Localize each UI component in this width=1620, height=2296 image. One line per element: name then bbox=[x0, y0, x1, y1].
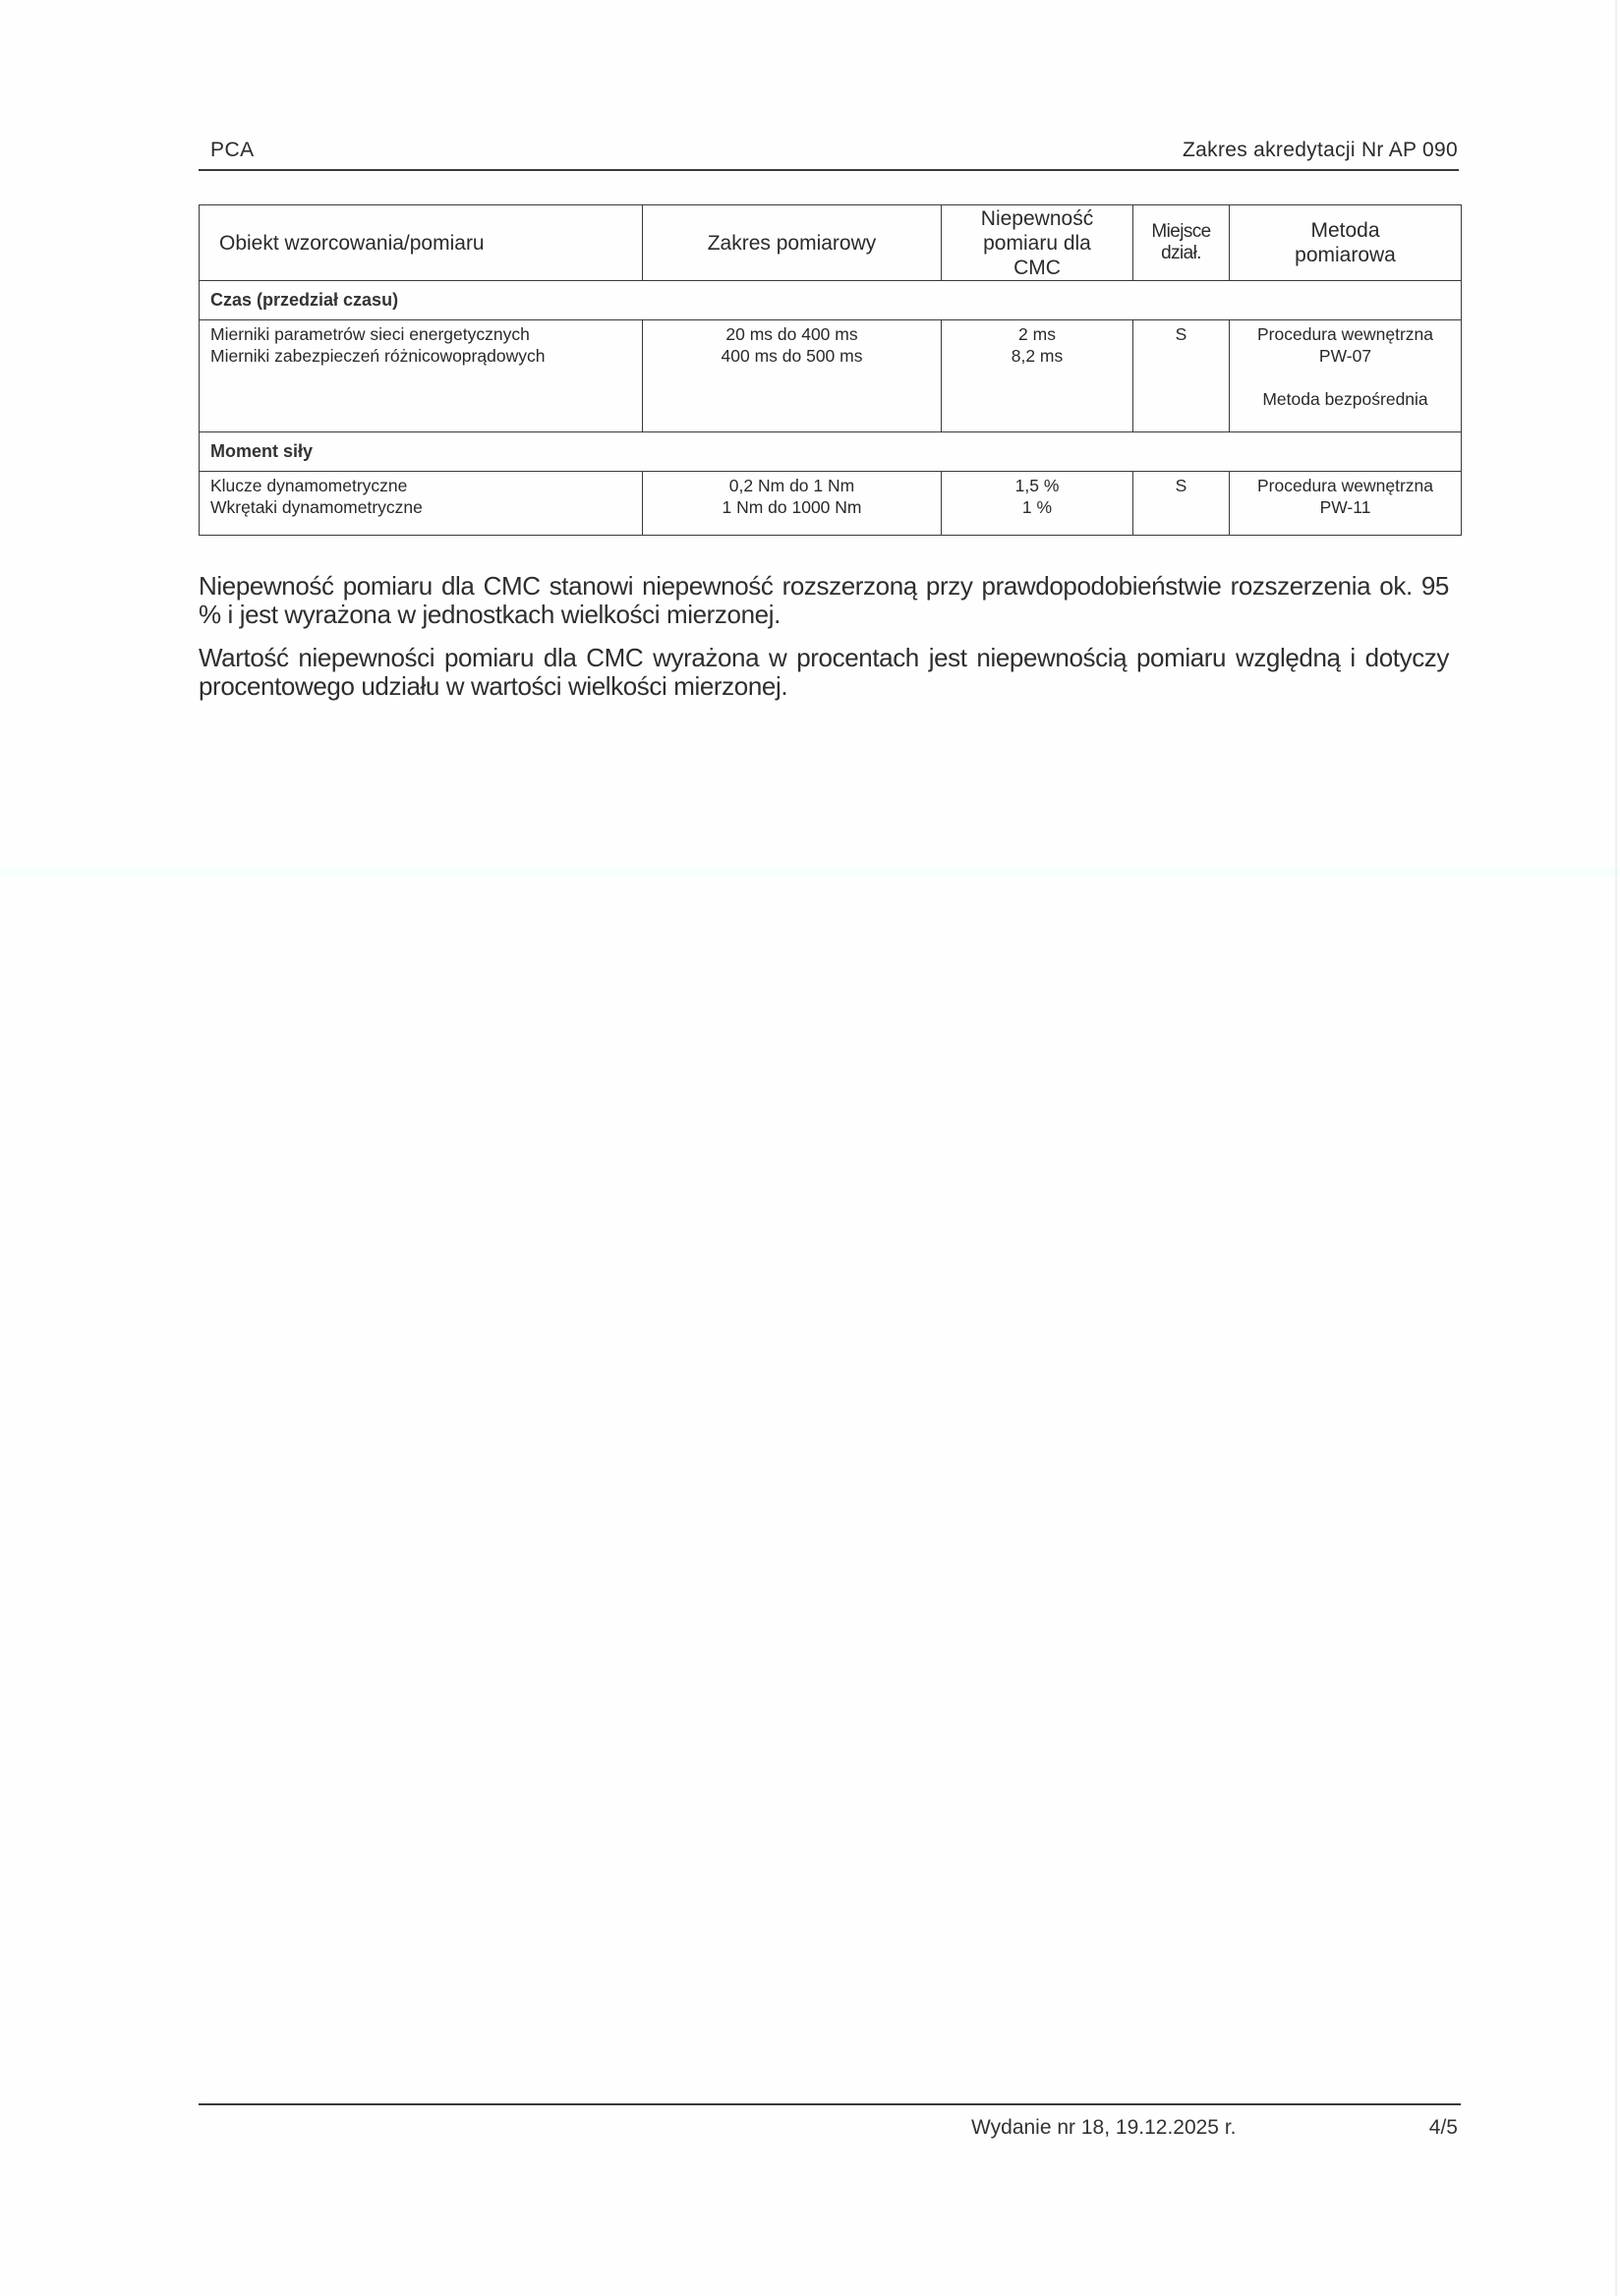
cell-range: 0,2 Nm do 1 Nm 1 Nm do 1000 Nm bbox=[643, 472, 942, 536]
section-row-torque: Moment siły bbox=[200, 432, 1462, 472]
note-relative-uncertainty: Wartość niepewności pomiaru dla CMC wyra… bbox=[199, 644, 1449, 701]
uncertainty-value: 1 % bbox=[942, 496, 1132, 518]
header-scope-title: Zakres akredytacji Nr AP 090 bbox=[1183, 139, 1458, 162]
method-spacer bbox=[1230, 367, 1461, 388]
cell-method: Procedura wewnętrzna PW-11 bbox=[1230, 472, 1462, 536]
col-header-location-line: dział. bbox=[1133, 243, 1229, 264]
table-row: Mierniki parametrów sieci energetycznych… bbox=[200, 320, 1462, 432]
accreditation-scope-table: Obiekt wzorcowania/pomiaru Zakres pomiar… bbox=[199, 204, 1462, 536]
range-value: 1 Nm do 1000 Nm bbox=[643, 496, 941, 518]
cell-object: Klucze dynamometryczne Wkrętaki dynamome… bbox=[200, 472, 643, 536]
scan-artifact-band bbox=[0, 863, 1620, 881]
cell-uncertainty: 1,5 % 1 % bbox=[942, 472, 1133, 536]
header-rule bbox=[199, 169, 1459, 171]
method-line: PW-07 bbox=[1230, 345, 1461, 367]
col-header-object: Obiekt wzorcowania/pomiaru bbox=[200, 205, 643, 281]
range-value: 0,2 Nm do 1 Nm bbox=[643, 475, 941, 496]
uncertainty-value: 8,2 ms bbox=[942, 345, 1132, 367]
method-line: PW-11 bbox=[1230, 496, 1461, 518]
scan-edge bbox=[1615, 0, 1617, 2296]
col-header-method: Metoda pomiarowa bbox=[1230, 205, 1462, 281]
cell-method: Procedura wewnętrzna PW-07 Metoda bezpoś… bbox=[1230, 320, 1462, 432]
object-name: Wkrętaki dynamometryczne bbox=[210, 496, 642, 518]
section-row-time: Czas (przedział czasu) bbox=[200, 281, 1462, 320]
col-header-uncertainty-line: Niepewność bbox=[942, 206, 1132, 231]
col-header-uncertainty-line: pomiaru dla bbox=[942, 231, 1132, 256]
col-header-method-line: Metoda bbox=[1230, 218, 1461, 243]
footer-edition: Wydanie nr 18, 19.12.2025 r. bbox=[971, 2116, 1237, 2140]
cell-range: 20 ms do 400 ms 400 ms do 500 ms bbox=[643, 320, 942, 432]
section-title: Czas (przedział czasu) bbox=[200, 281, 1462, 320]
object-name: Mierniki parametrów sieci energetycznych bbox=[210, 323, 642, 345]
method-line: Procedura wewnętrzna bbox=[1230, 323, 1461, 345]
table-header-row: Obiekt wzorcowania/pomiaru Zakres pomiar… bbox=[200, 205, 1462, 281]
footer-rule bbox=[199, 2103, 1461, 2105]
uncertainty-value: 1,5 % bbox=[942, 475, 1132, 496]
footer-page-number: 4/5 bbox=[1429, 2116, 1458, 2140]
range-value: 20 ms do 400 ms bbox=[643, 323, 941, 345]
table-row: Klucze dynamometryczne Wkrętaki dynamome… bbox=[200, 472, 1462, 536]
col-header-uncertainty-line: CMC bbox=[942, 256, 1132, 280]
range-value: 400 ms do 500 ms bbox=[643, 345, 941, 367]
col-header-range: Zakres pomiarowy bbox=[643, 205, 942, 281]
cell-location: S bbox=[1133, 472, 1230, 536]
method-line: Procedura wewnętrzna bbox=[1230, 475, 1461, 496]
method-line: Metoda bezpośrednia bbox=[1230, 388, 1461, 410]
object-name: Mierniki zabezpieczeń różnicowoprądowych bbox=[210, 345, 642, 367]
note-expanded-uncertainty: Niepewność pomiaru dla CMC stanowi niepe… bbox=[199, 572, 1449, 629]
uncertainty-value: 2 ms bbox=[942, 323, 1132, 345]
col-header-uncertainty: Niepewność pomiaru dla CMC bbox=[942, 205, 1133, 281]
col-header-location-line: Miejsce bbox=[1133, 221, 1229, 243]
col-header-method-line: pomiarowa bbox=[1230, 243, 1461, 267]
col-header-location: Miejsce dział. bbox=[1133, 205, 1230, 281]
cell-object: Mierniki parametrów sieci energetycznych… bbox=[200, 320, 643, 432]
object-name: Klucze dynamometryczne bbox=[210, 475, 642, 496]
section-title: Moment siły bbox=[200, 432, 1462, 472]
header-org: PCA bbox=[210, 139, 255, 162]
cell-location: S bbox=[1133, 320, 1230, 432]
cell-uncertainty: 2 ms 8,2 ms bbox=[942, 320, 1133, 432]
